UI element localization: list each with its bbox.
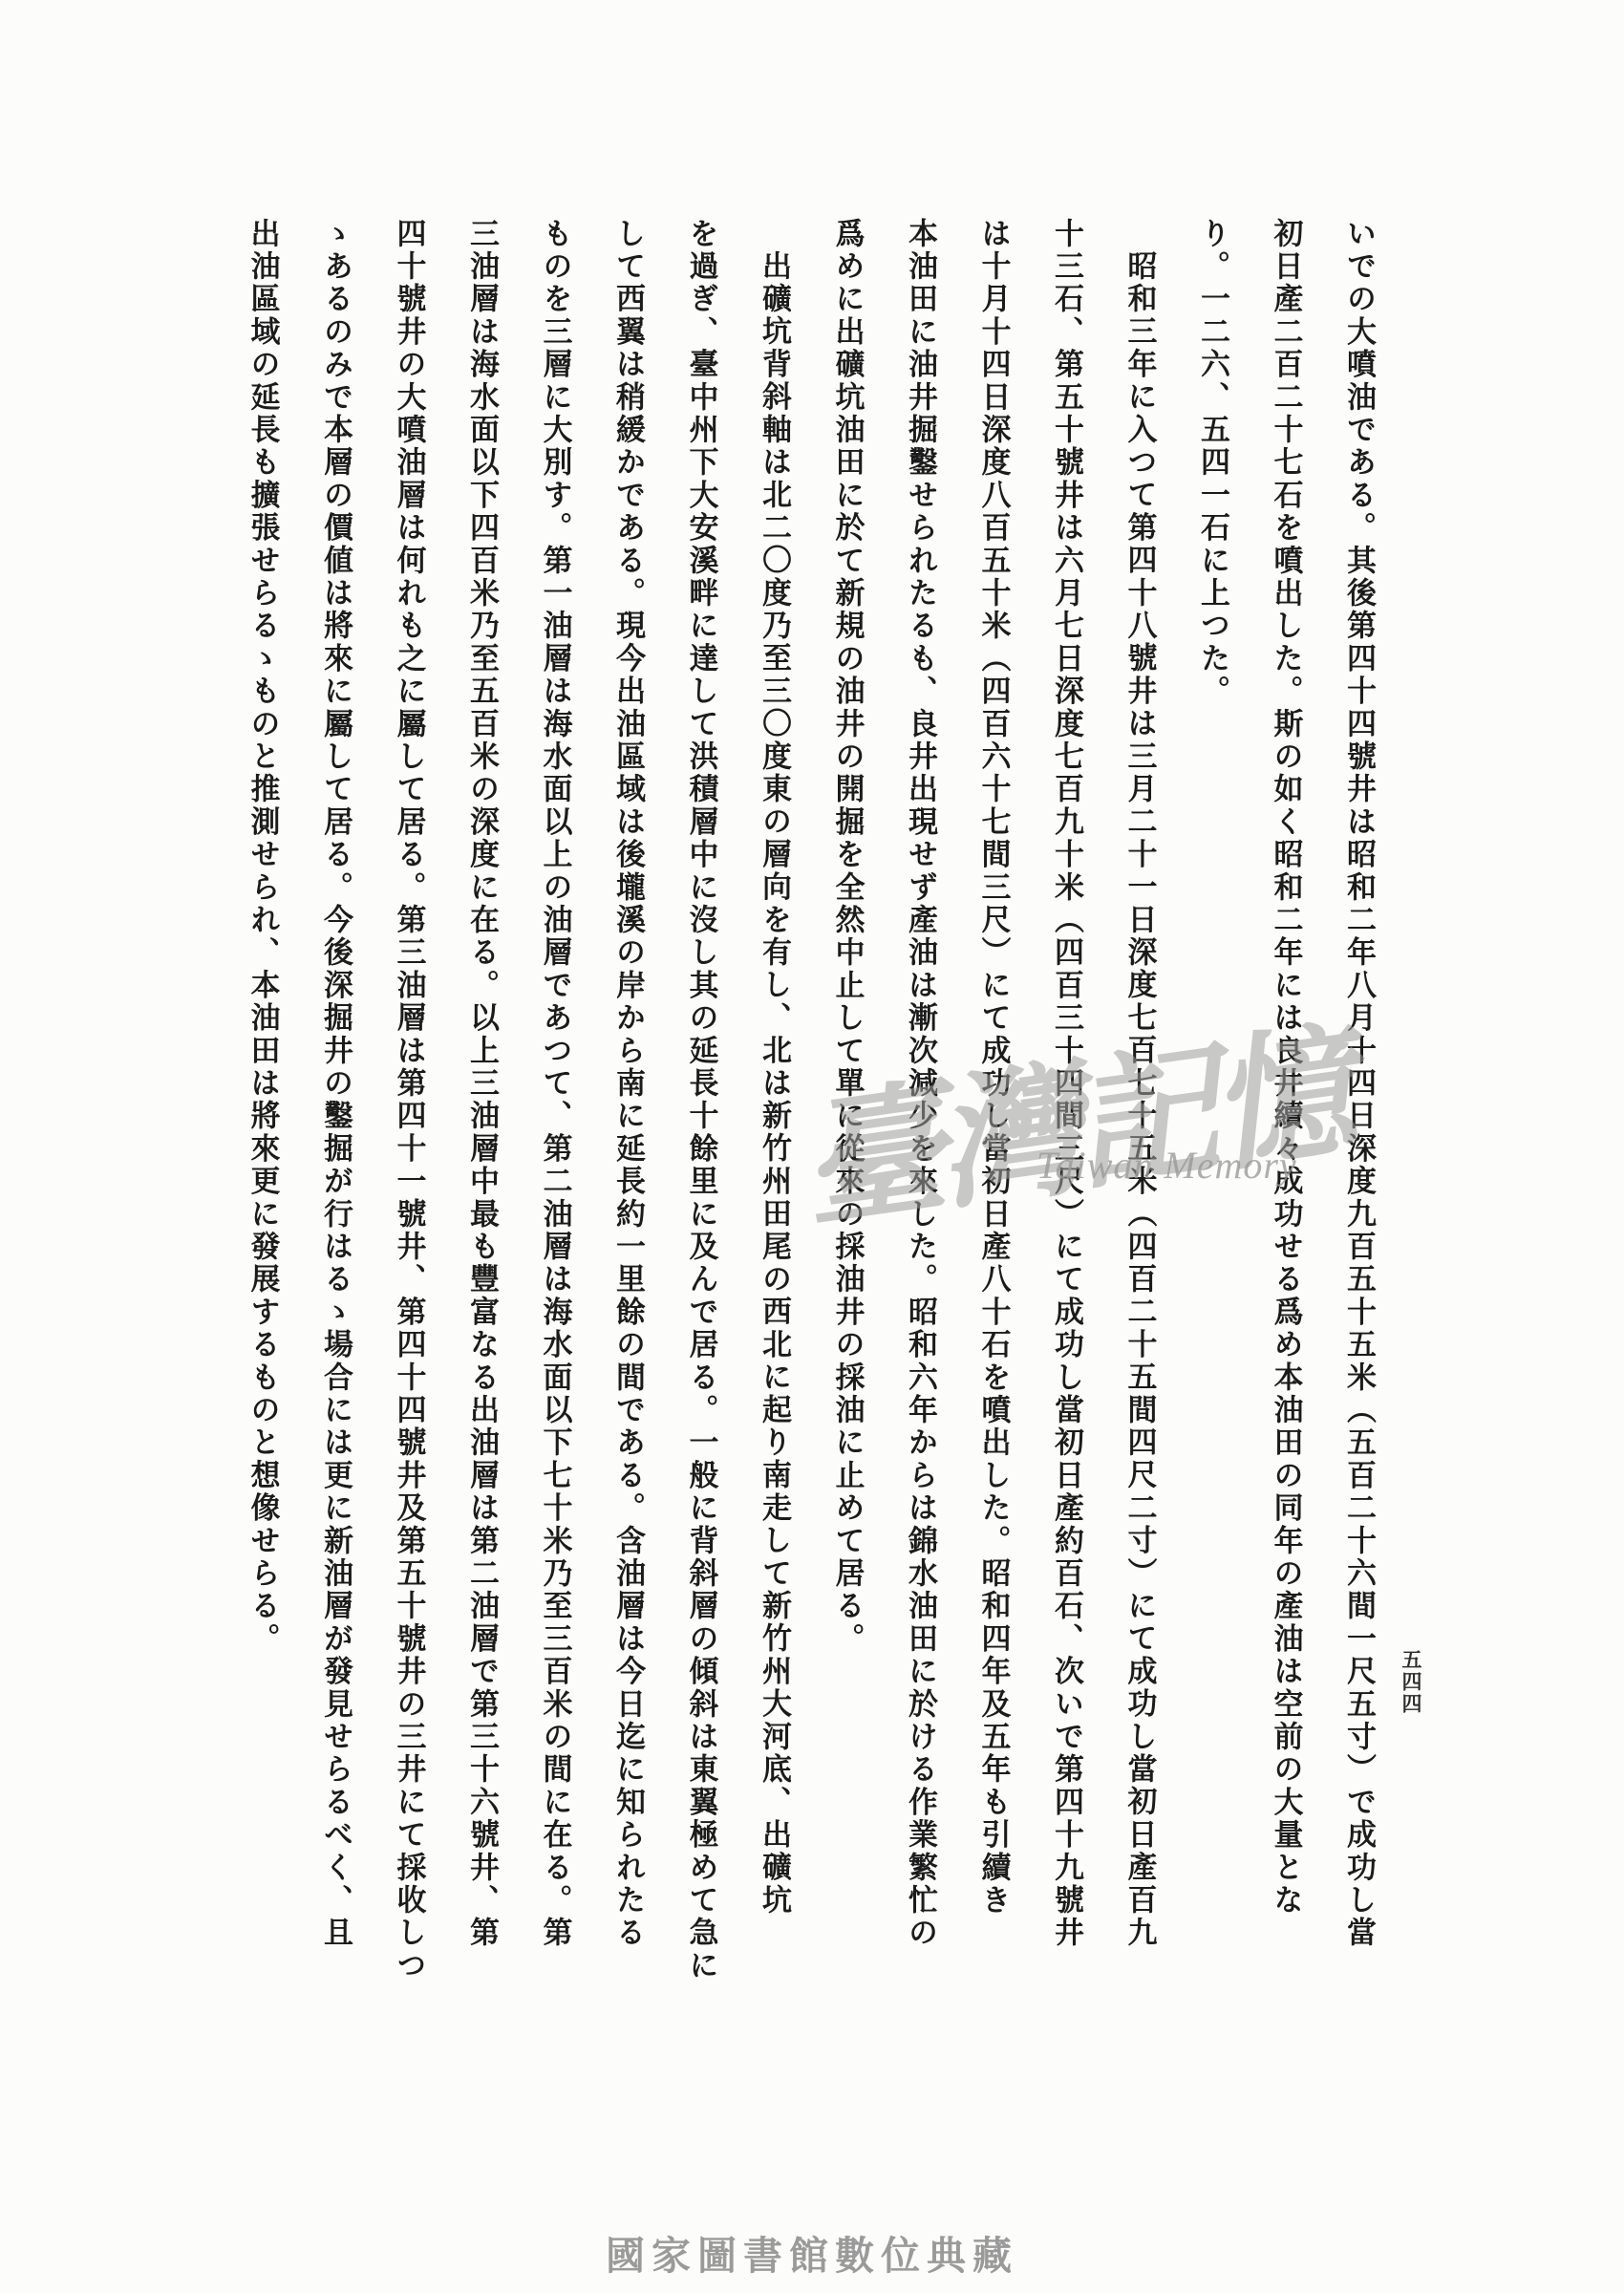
scanned-book-page: いでの大噴油である。其後第四十四號井は昭和二年八月十四日深度九百五十五米（五百二… — [0, 0, 1624, 2293]
text-column: 十三石、第五十號井は六月七日深度七百九十米（四百三十四間三尺）にて成功し當初日產… — [1030, 218, 1103, 2033]
text-column: ゝあるのみで本層の價値は將來に屬して居る。今後深掘井の鑿掘が行はるゝ場合には更に… — [299, 218, 373, 2033]
text-column: して西翼は稍緩かである。現今出油區域は後壠溪の岸から南に延長約一里餘の間である。… — [591, 218, 665, 2033]
text-column: 爲めに出礦坑油田に於て新規の油井の開掘を全然中止して單に從來の採油井の採油に止め… — [810, 218, 884, 2033]
text-column: 本油田に油井掘鑿せられたるも、良井出現せず產油は漸次減少を來した。昭和六年からは… — [884, 218, 957, 2033]
text-column: は十月十四日深度八百五十米（四百六十七間三尺）にて成功し當初日產八十石を噴出した… — [956, 218, 1030, 2033]
text-column: ものを三層に大別す。第一油層は海水面以上の油層であつて、第二油層は海水面以下七十… — [518, 218, 591, 2033]
text-column: いでの大噴油である。其後第四十四號井は昭和二年八月十四日深度九百五十五米（五百二… — [1322, 218, 1396, 2033]
national-library-digital-archive-stamp: 國家圖書館數位典藏 — [606, 2224, 1018, 2281]
body-text-block: いでの大噴油である。其後第四十四號井は昭和二年八月十四日深度九百五十五米（五百二… — [225, 218, 1395, 2033]
text-column-paragraph-start: 出礦坑背斜軸は北二〇度乃至三〇度東の層向を有し、北は新竹州田尾の西北に起り南走し… — [737, 218, 811, 2033]
text-column: を過ぎ、臺中州下大安溪畔に達して洪積層中に沒し其の延長十餘里に及んで居る。一般に… — [664, 218, 737, 2033]
text-column: 初日產二百二十七石を噴出した。斯の如く昭和二年には良井續々成功せる爲め本油田の同… — [1249, 218, 1322, 2033]
text-column-paragraph-start: 昭和三年に入つて第四十八號井は三月二十一日深度七百七十五米（四百二十五間四尺二寸… — [1102, 218, 1176, 2033]
text-column: 四十號井の大噴油層は何れも之に屬して居る。第三油層は第四十一號井、第四十四號井及… — [372, 218, 445, 2033]
page-number: 五四四 — [1397, 1649, 1425, 1715]
text-column: り。一二六、五四一石に上つた。 — [1176, 218, 1250, 2033]
text-column: 三油層は海水面以下四百米乃至五百米の深度に在る。以上三油層中最も豐富なる出油層は… — [445, 218, 519, 2033]
text-column: 出油區域の延長も擴張せらるゝものと推測せられ、本油田は將來更に發展するものと想像… — [225, 218, 299, 2033]
